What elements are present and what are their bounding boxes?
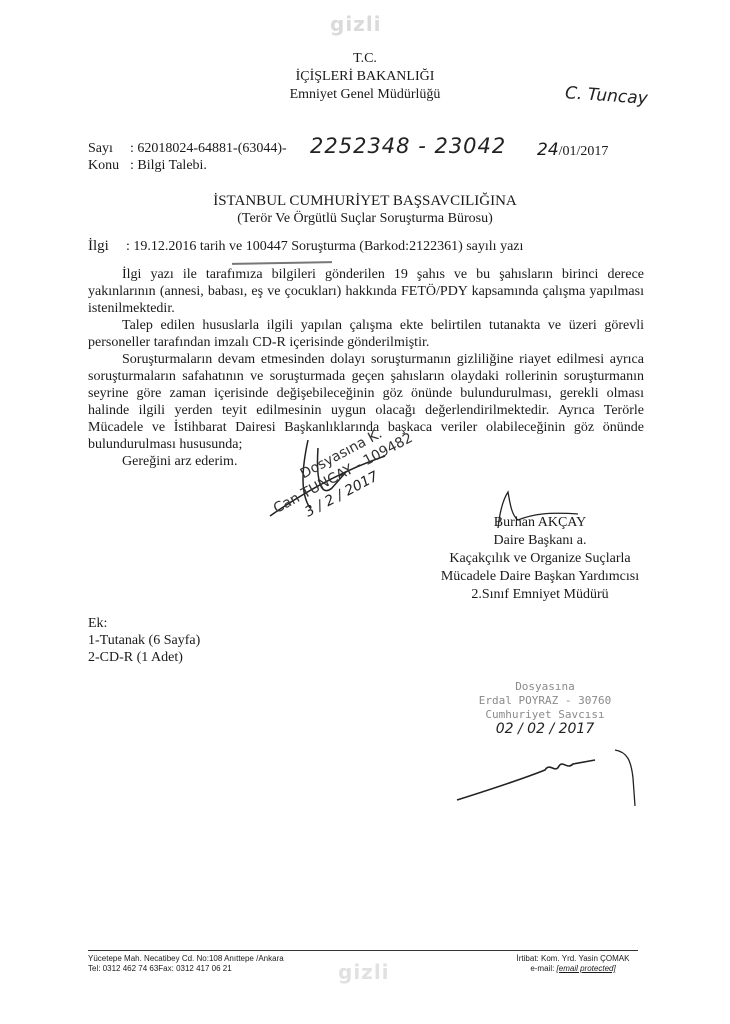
ilgi-label: İlgi (88, 238, 126, 255)
signatory-title-4: 2.Sınıf Emniyet Müdürü (440, 586, 640, 604)
signatory-title-1: Daire Başkanı a. (440, 532, 640, 550)
footer-email-label: e-mail: (530, 964, 556, 973)
stamp-right-line1: Dosyasına (470, 680, 620, 694)
sayi-label: Sayı (88, 140, 130, 157)
footer-address: Yücetepe Mah. Necatibey Cd. No:108 Anıtt… (88, 954, 284, 974)
document-meta: Sayı: 62018024-64881-(63044)- Konu: Bilg… (88, 140, 287, 174)
attachments-label: Ek: (88, 615, 200, 632)
footer-contact: İrtibat: Kom. Yrd. Yasin ÇOMAK e-mail: [… (498, 954, 648, 974)
letterhead-tc: T.C. (0, 50, 730, 68)
signature-scribble-bottom (455, 748, 645, 808)
attachment-item: 2-CD-R (1 Adet) (88, 649, 200, 666)
attachments: Ek: 1-Tutanak (6 Sayfa) 2-CD-R (1 Adet) (88, 615, 200, 666)
konu-label: Konu (88, 157, 130, 174)
sayi-handwritten-number: 2252348 - 23042 (310, 134, 506, 158)
stamp-right-line2: Erdal POYRAZ - 30760 (470, 694, 620, 708)
konu-row: Konu: Bilgi Talebi. (88, 157, 287, 174)
stamp-right-date: 02 / 02 / 2017 (470, 722, 620, 736)
document-date: 24/01/2017 (537, 140, 608, 160)
signatory-title-2: Kaçakçılık ve Organize Suçlarla (440, 550, 640, 568)
footer-phone: Tel: 0312 462 74 63Fax: 0312 417 06 21 (88, 964, 284, 974)
stamp-right-line3: Cumhuriyet Savcısı (470, 708, 620, 722)
ilgi-reference: İlgi: 19.12.2016 tarih ve 100447 Soruştu… (88, 238, 523, 255)
footer-email-link[interactable]: [email protected] (557, 964, 616, 973)
footer-email-row: e-mail: [email protected] (498, 964, 648, 974)
footer-address-line: Yücetepe Mah. Necatibey Cd. No:108 Anıtt… (88, 954, 284, 964)
handwritten-underline (232, 261, 332, 265)
footer-contact-person: İrtibat: Kom. Yrd. Yasin ÇOMAK (498, 954, 648, 964)
signature-block: Burhan AKÇAY Daire Başkanı a. Kaçakçılık… (440, 514, 640, 604)
classification-stamp-top: gizli (330, 12, 382, 36)
date-printed: /01/2017 (559, 144, 609, 159)
recipient-subtitle: (Terör Ve Örgütlü Suçlar Soruşturma Büro… (0, 210, 730, 228)
footer-divider (88, 950, 638, 951)
date-handwritten-day: 24 (537, 140, 559, 160)
sayi-row: Sayı: 62018024-64881-(63044)- (88, 140, 287, 157)
body-paragraph: Talep edilen hususlarla ilgili yapılan ç… (88, 317, 644, 351)
konu-value: : Bilgi Talebi. (130, 158, 207, 173)
letterhead-ministry: İÇİŞLERİ BAKANLIĞI (0, 68, 730, 86)
signatory-name: Burhan AKÇAY (440, 514, 640, 532)
recipient: İSTANBUL CUMHURİYET BAŞSAVCILIĞINA (Terö… (0, 192, 730, 228)
ilgi-value: : 19.12.2016 tarih ve 100447 Soruşturma … (126, 239, 523, 254)
attachment-item: 1-Tutanak (6 Sayfa) (88, 632, 200, 649)
body-paragraph: İlgi yazı ile tarafımıza bilgileri gönde… (88, 266, 644, 317)
filing-stamp-right: Dosyasına Erdal POYRAZ - 30760 Cumhuriye… (470, 680, 620, 736)
recipient-title: İSTANBUL CUMHURİYET BAŞSAVCILIĞINA (0, 192, 730, 210)
signatory-title-3: Mücadele Daire Başkan Yardımcısı (440, 568, 640, 586)
sayi-value: : 62018024-64881-(63044)- (130, 141, 287, 156)
classification-stamp-bottom: gizli (338, 960, 390, 984)
